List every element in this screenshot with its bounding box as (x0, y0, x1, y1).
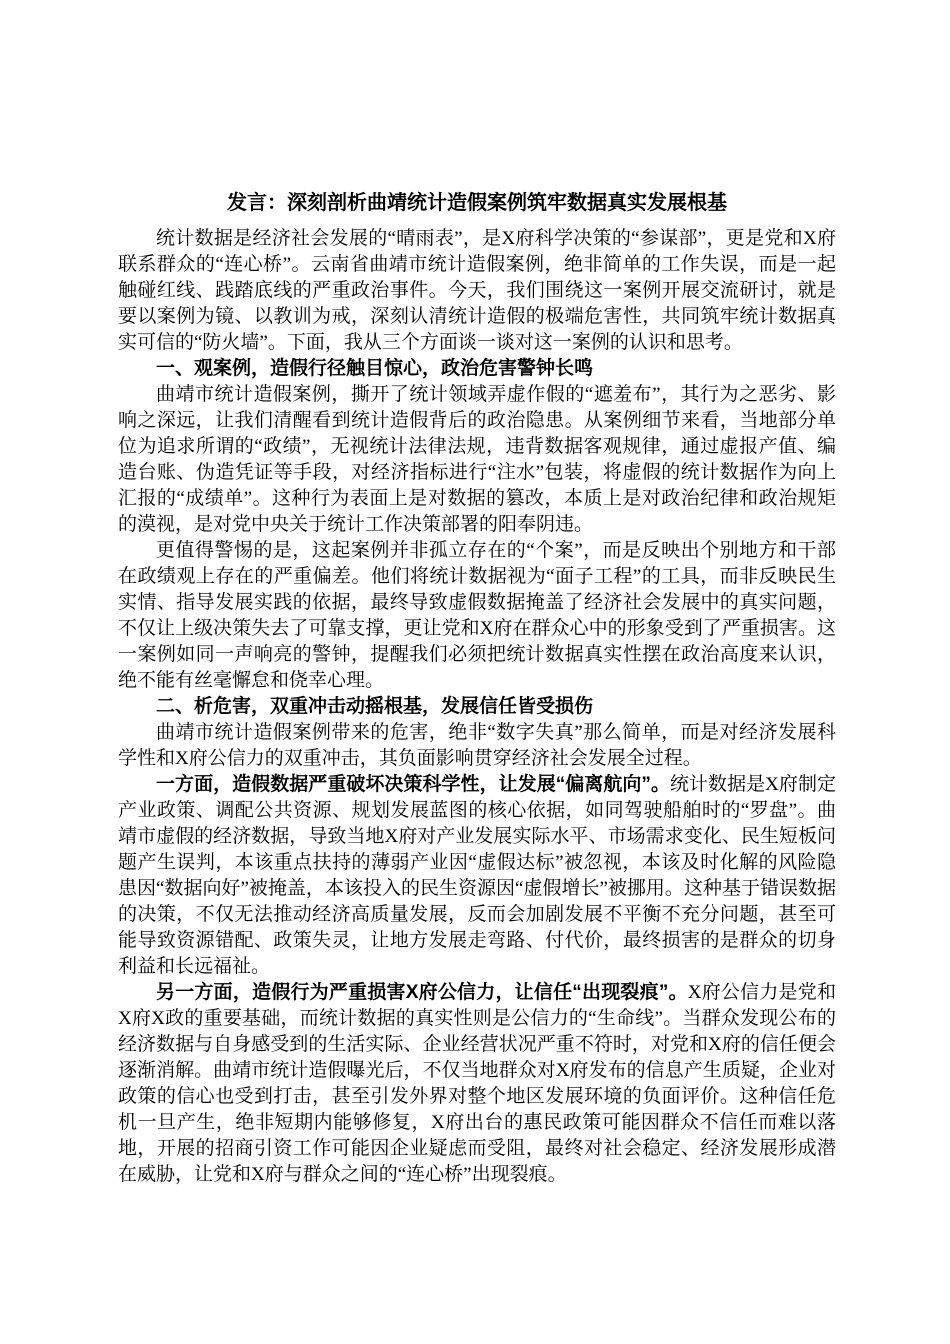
paragraph-aspect-one-body: 统计数据是X府制定产业政策、调配公共资源、规划发展蓝图的核心依据，如同驾驶船舶时… (118, 774, 836, 977)
paragraph-harm-intro: 曲靖市统计造假案例带来的危害，绝非“数字失真”那么简单，而是对经济发展科学性和X… (118, 720, 836, 772)
paragraph-aspect-one: 一方面，造假数据严重破坏决策科学性，让发展“偏离航向”。统计数据是X府制定产业政… (118, 772, 836, 980)
paragraph-aspect-two-lead: 另一方面，造假行为严重损害X府公信力，让信任“出现裂痕”。 (156, 982, 688, 1003)
section-heading-2: 二、析危害，双重冲击动摇根基，发展信任皆受损伤 (118, 694, 836, 720)
section-heading-1: 一、观案例，造假行径触目惊心，政治危害警钟长鸣 (118, 356, 836, 382)
paragraph-aspect-two: 另一方面，造假行为严重损害X府公信力，让信任“出现裂痕”。X府公信力是党和X府X… (118, 980, 836, 1188)
document-title: 发言：深刻剖析曲靖统计造假案例筑牢数据真实发展根基 (118, 190, 836, 216)
document-page: 发言：深刻剖析曲靖统计造假案例筑牢数据真实发展根基 统计数据是经济社会发展的“晴… (0, 0, 950, 1344)
paragraph-aspect-two-body: X府公信力是党和X府X政的重要基础，而统计数据的真实性则是公信力的“生命线”。当… (118, 982, 836, 1185)
paragraph-intro: 统计数据是经济社会发展的“晴雨表”，是X府科学决策的“参谋部”，更是党和X府联系… (118, 226, 836, 356)
paragraph-case-details: 曲靖市统计造假案例，撕开了统计领域弄虚作假的“遮羞布”，其行为之恶劣、影响之深远… (118, 382, 836, 538)
paragraph-warning: 更值得警惕的是，这起案例并非孤立存在的“个案”，而是反映出个别地方和干部在政绩观… (118, 538, 836, 694)
paragraph-aspect-one-lead: 一方面，造假数据严重破坏决策科学性，让发展“偏离航向”。 (156, 774, 670, 795)
